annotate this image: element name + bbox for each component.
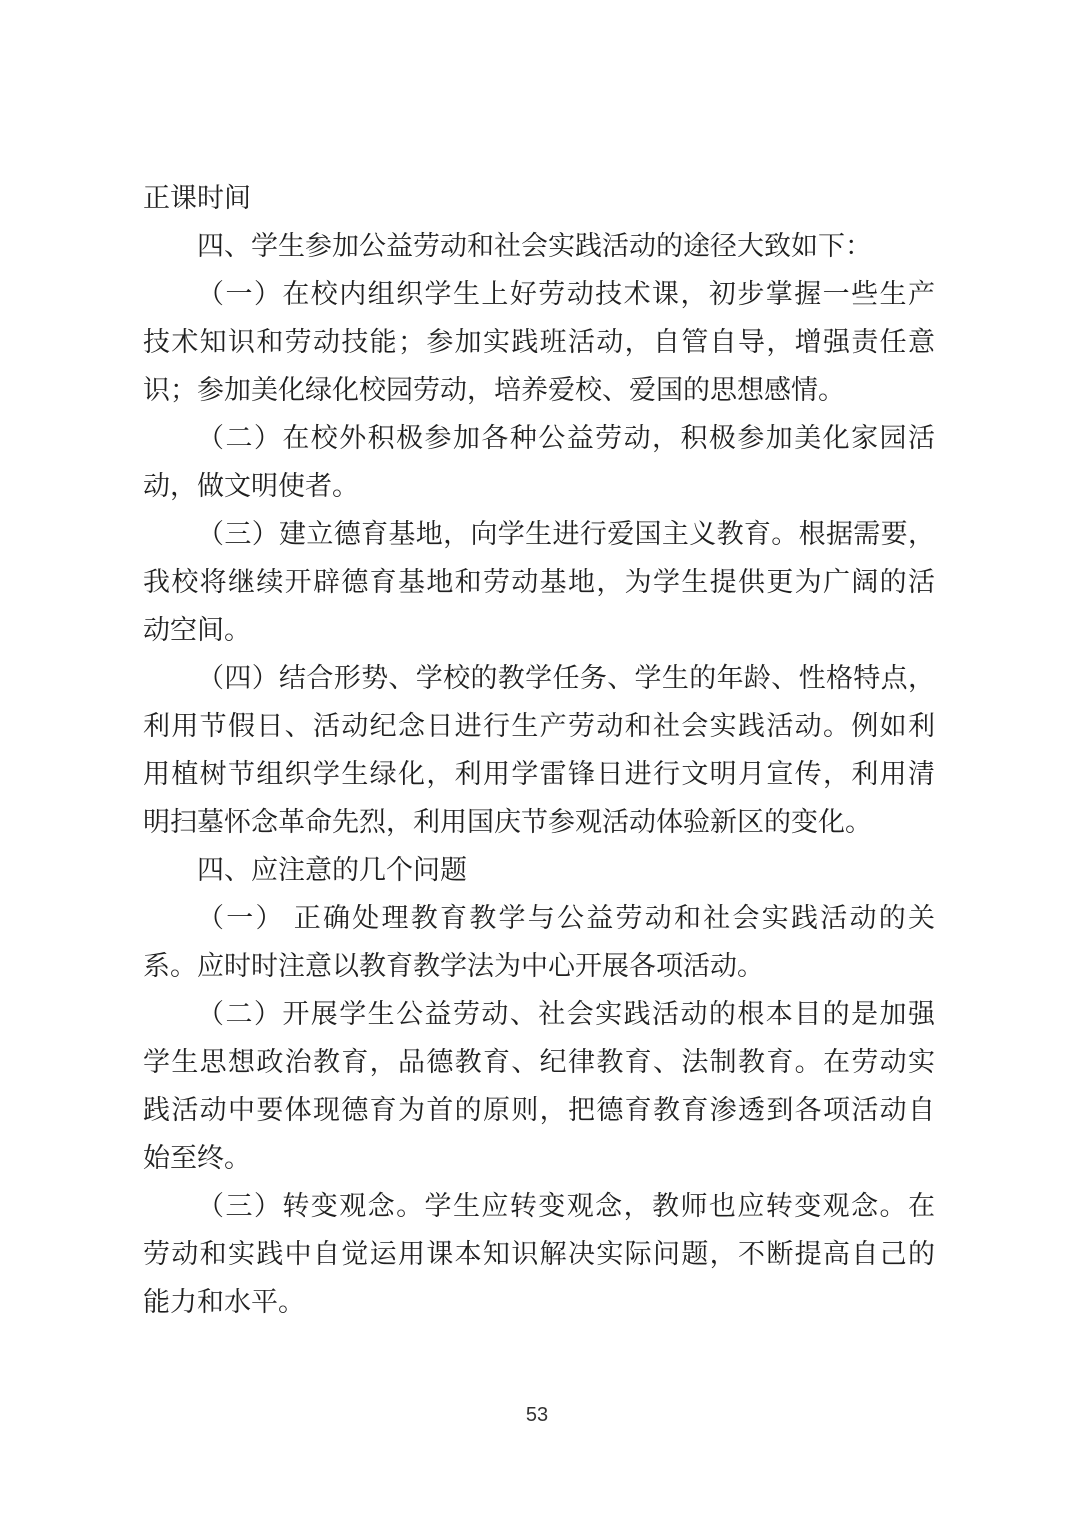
text-line: 践活动中要体现德育为首的原则，把德育教育渗透到各项活动自 xyxy=(143,1086,935,1134)
text-line: 四、学生参加公益劳动和社会实践活动的途径大致如下： xyxy=(143,222,935,270)
text-line: 系。应时时注意以教育教学法为中心开展各项活动。 xyxy=(143,942,935,990)
text-line: 动，做文明使者。 xyxy=(143,462,935,510)
text-line: 学生思想政治教育，品德教育、纪律教育、法制教育。在劳动实 xyxy=(143,1038,935,1086)
page-number: 53 xyxy=(0,1402,1074,1428)
text-line: 我校将继续开辟德育基地和劳动基地，为学生提供更为广阔的活 xyxy=(143,558,935,606)
text-line: 始至终。 xyxy=(143,1134,935,1182)
document-body: 正课时间四、学生参加公益劳动和社会实践活动的途径大致如下：（一）在校内组织学生上… xyxy=(143,174,935,1326)
text-line: （四）结合形势、学校的教学任务、学生的年龄、性格特点， xyxy=(143,654,935,702)
text-line: 正课时间 xyxy=(143,174,935,222)
text-line: 识；参加美化绿化校园劳动，培养爱校、爱国的思想感情。 xyxy=(143,366,935,414)
text-line: 用植树节组织学生绿化，利用学雷锋日进行文明月宣传，利用清 xyxy=(143,750,935,798)
document-page: 正课时间四、学生参加公益劳动和社会实践活动的途径大致如下：（一）在校内组织学生上… xyxy=(0,0,1074,1520)
text-line: 技术知识和劳动技能；参加实践班活动，自管自导，增强责任意 xyxy=(143,318,935,366)
text-line: （一）在校内组织学生上好劳动技术课，初步掌握一些生产 xyxy=(143,270,935,318)
text-line: （三）建立德育基地，向学生进行爱国主义教育。根据需要， xyxy=(143,510,935,558)
text-line: 四、应注意的几个问题 xyxy=(143,846,935,894)
text-line: （二）开展学生公益劳动、社会实践活动的根本目的是加强 xyxy=(143,990,935,1038)
text-line: （三）转变观念。学生应转变观念，教师也应转变观念。在 xyxy=(143,1182,935,1230)
text-line: 动空间。 xyxy=(143,606,935,654)
text-line: 利用节假日、活动纪念日进行生产劳动和社会实践活动。例如利 xyxy=(143,702,935,750)
text-line: 能力和水平。 xyxy=(143,1278,935,1326)
text-line: 明扫墓怀念革命先烈，利用国庆节参观活动体验新区的变化。 xyxy=(143,798,935,846)
text-line: （一） 正确处理教育教学与公益劳动和社会实践活动的关 xyxy=(143,894,935,942)
text-line: 劳动和实践中自觉运用课本知识解决实际问题，不断提高自己的 xyxy=(143,1230,935,1278)
text-line: （二）在校外积极参加各种公益劳动，积极参加美化家园活 xyxy=(143,414,935,462)
